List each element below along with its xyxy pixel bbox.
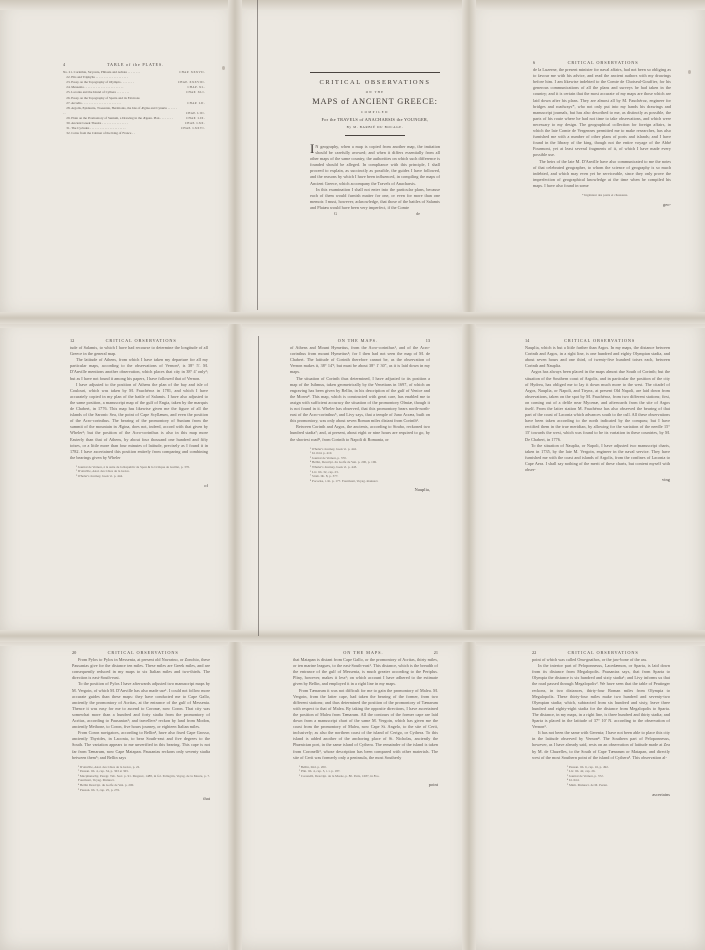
page-thumbnail-grid: 4 TABLE of the PLATES. No. 21. Corinthia… xyxy=(0,0,705,950)
toc-row: 28. Argolis, Epidauria, Troezenia, Hermi… xyxy=(63,106,205,116)
footnotes: ¹ Bellin, ibid. p. 200. ² Plin. lib. 4, … xyxy=(293,765,438,779)
title-line-4: COMPILED xyxy=(310,110,440,114)
footnotes: ¹ Wheler's Journey, book vi. p. 442. ² I… xyxy=(290,447,430,484)
table-of-plates: 4 TABLE of the PLATES. No. 21. Corinthia… xyxy=(63,62,205,136)
page-title[interactable]: CRITICAL OBSERVATIONS ON THE MAPS of ANC… xyxy=(235,0,470,318)
page-seam xyxy=(462,0,476,950)
title-line-2: ON THE xyxy=(310,90,440,94)
gutter-line xyxy=(258,336,259,636)
page-14[interactable]: 14 CRITICAL OBSERVATIONS Nauplia, which … xyxy=(470,318,705,636)
running-head-title: TABLE of the PLATES. xyxy=(107,62,164,67)
page-number: 21 xyxy=(434,650,438,656)
footnotes: ¹ Journal de Vernon, à la suite de la Re… xyxy=(70,465,208,479)
page-number: 22 xyxy=(532,650,536,656)
body-text: 12 CRITICAL OBSERVATIONS tude of Salamis… xyxy=(70,338,208,489)
page-20[interactable]: 20 CRITICAL OBSERVATIONS From Pylos to P… xyxy=(0,636,235,950)
running-head: 22 CRITICAL OBSERVATIONS xyxy=(532,650,670,656)
drop-cap: I xyxy=(310,144,314,154)
page-seam xyxy=(0,312,705,324)
page-12[interactable]: 12 CRITICAL OBSERVATIONS tude of Salamis… xyxy=(0,318,235,636)
running-head: 20 CRITICAL OBSERVATIONS xyxy=(72,650,210,656)
footnotes: ¹ D'Anville, Anal. des Côtes de la Grèce… xyxy=(72,765,210,793)
body-text: IN geography, when a map is copied from … xyxy=(310,144,440,217)
body-text: 6 CRITICAL OBSERVATIONS de la Luzerne, t… xyxy=(533,60,671,208)
page-22[interactable]: 22 CRITICAL OBSERVATIONS point of which … xyxy=(470,636,705,950)
title-block: CRITICAL OBSERVATIONS ON THE MAPS of ANC… xyxy=(310,72,440,217)
page-number: 12 xyxy=(70,338,74,344)
page-seam xyxy=(228,0,242,950)
catchword: that xyxy=(72,796,210,802)
page-table-of-plates[interactable]: 4 TABLE of the PLATES. No. 21. Corinthia… xyxy=(0,0,235,318)
paper-spot xyxy=(688,70,691,74)
body-text: ON THE MAPS. 21 that Matapan is distant … xyxy=(293,650,438,789)
running-head: 12 CRITICAL OBSERVATIONS xyxy=(70,338,208,344)
title-divider xyxy=(345,135,405,136)
gutter-line xyxy=(257,0,258,310)
catchword: Nauplia, xyxy=(290,487,430,493)
toc-row: 32. Coins from the Cabinet of the King o… xyxy=(63,131,205,136)
page-21[interactable]: ON THE MAPS. 21 that Matapan is distant … xyxy=(235,636,470,950)
title-line-5: For the TRAVELS of ANACHARSIS the YOUNGE… xyxy=(310,117,440,122)
catchword: of xyxy=(70,483,208,489)
page-number: 14 xyxy=(525,338,529,344)
body-text: ON THE MAPS. 13 of Athens and Mount Hyme… xyxy=(290,338,430,493)
page-number: 4 xyxy=(63,62,66,67)
title-line-1: CRITICAL OBSERVATIONS xyxy=(310,79,440,86)
signature-mark: G xyxy=(334,211,337,217)
catchword: ascertains xyxy=(532,792,670,798)
footnotes: ¹ Pausan. lib. 6, cap. 16, p. 492. ² Liv… xyxy=(532,765,670,788)
page-seam xyxy=(0,630,705,642)
title-line-6: By M. BARBIÉ DU BOCAGE. xyxy=(310,125,440,129)
page-13[interactable]: ON THE MAPS. 13 of Athens and Mount Hyme… xyxy=(235,318,470,636)
page-number: 13 xyxy=(426,338,430,344)
page-6[interactable]: 6 CRITICAL OBSERVATIONS de la Luzerne, t… xyxy=(470,0,705,318)
catchword: de xyxy=(416,211,420,217)
body-text: 14 CRITICAL OBSERVATIONS Nauplia, which … xyxy=(525,338,670,483)
running-head: 4 TABLE of the PLATES. xyxy=(63,62,205,67)
body-text: 20 CRITICAL OBSERVATIONS From Pylos to P… xyxy=(72,650,210,802)
running-head: ON THE MAPS. 21 xyxy=(293,650,438,656)
footnotes: * Ingénieur des ponts et chaussées. xyxy=(533,193,671,198)
catchword: ving xyxy=(525,477,670,483)
page-number: 6 xyxy=(533,60,535,66)
body-text: 22 CRITICAL OBSERVATIONS point of which … xyxy=(532,650,670,798)
paper-spot xyxy=(222,66,225,70)
catchword: point xyxy=(293,782,438,788)
running-head: ON THE MAPS. 13 xyxy=(290,338,430,344)
catchword: geo- xyxy=(533,202,671,208)
title-rule xyxy=(310,72,440,73)
running-head: 6 CRITICAL OBSERVATIONS xyxy=(533,60,671,66)
title-line-3: MAPS of ANCIENT GREECE: xyxy=(310,97,440,106)
running-head: 14 CRITICAL OBSERVATIONS xyxy=(525,338,670,344)
page-number: 20 xyxy=(72,650,76,656)
